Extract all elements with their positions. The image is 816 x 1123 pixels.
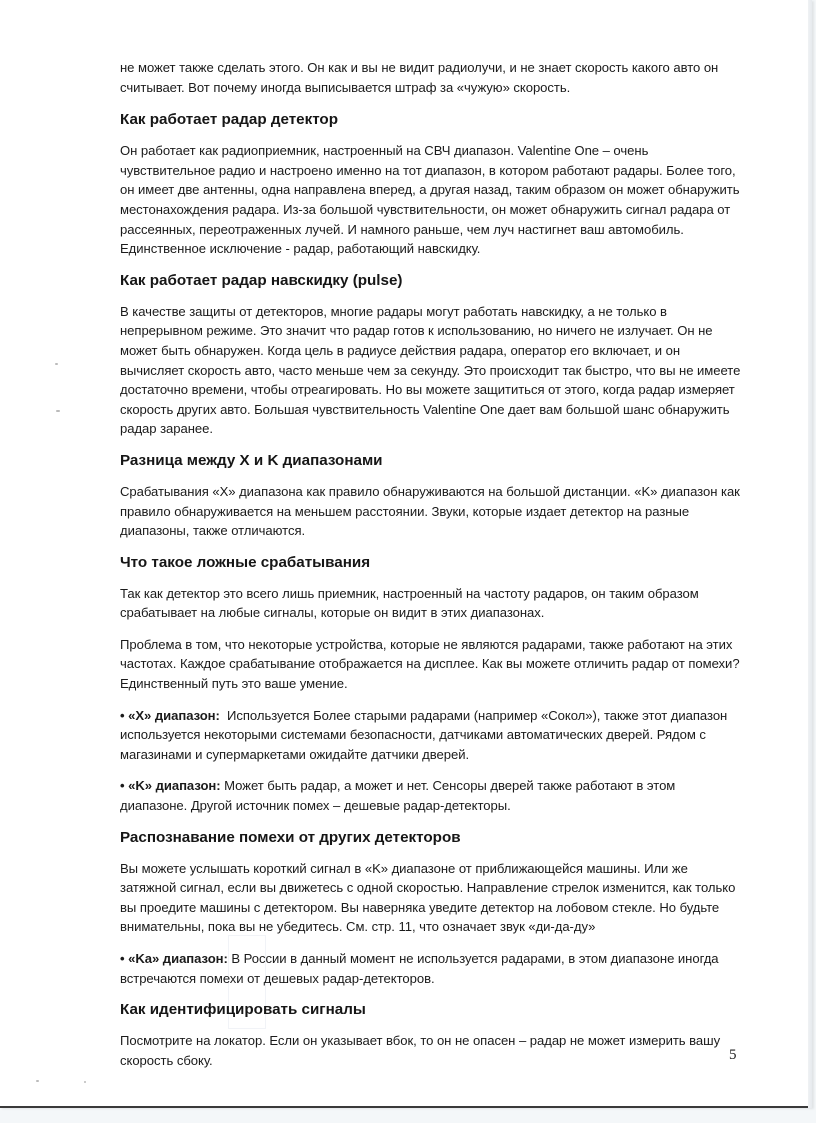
bullet-label: • «X» диапазон: (120, 708, 220, 723)
bullet-label: • «Ka» диапазон: (120, 951, 228, 966)
section-paragraph: Он работает как радиоприемник, настроенн… (120, 141, 745, 259)
section-heading-how-detector-works: Как работает радар детектор (120, 110, 745, 130)
intro-paragraph: не может также сделать этого. Он как и в… (120, 58, 745, 97)
section-heading-x-k-difference: Разница между X и K диапазонами (120, 451, 745, 471)
section-paragraph: Вы можете услышать короткий сигнал в «K»… (120, 859, 745, 937)
section-heading-identify-signals: Как идентифицировать сигналы (120, 1000, 745, 1020)
bullet-label: • «K» диапазон: (120, 778, 221, 793)
section-heading-pulse-radar: Как работает радар навскидку (pulse) (120, 271, 745, 291)
scanned-page: не может также сделать этого. Он как и в… (0, 0, 812, 1108)
scan-speck (56, 410, 60, 412)
bullet-x-band: • «X» диапазон: Используется Более стары… (120, 706, 745, 765)
section-paragraph: Срабатывания «X» диапазона как правило о… (120, 482, 745, 541)
bullet-k-band: • «K» диапазон: Может быть радар, а може… (120, 776, 745, 815)
scan-speck (36, 1080, 39, 1082)
section-paragraph: Проблема в том, что некоторые устройства… (120, 635, 745, 694)
section-paragraph: Посмотрите на локатор. Если он указывает… (120, 1031, 745, 1070)
section-heading-other-detectors: Распознавание помехи от других детекторо… (120, 828, 745, 848)
page-content: не может также сделать этого. Он как и в… (120, 58, 745, 1082)
section-paragraph: В качестве защиты от детекторов, многие … (120, 302, 745, 439)
scan-speck (84, 1081, 86, 1083)
section-heading-false-alerts: Что такое ложные срабатывания (120, 553, 745, 573)
page-number: 5 (729, 1047, 737, 1064)
section-paragraph: Так как детектор это всего лишь приемник… (120, 584, 745, 623)
bullet-ka-band: • «Ka» диапазон: В России в данный момен… (120, 949, 745, 988)
page-edge-shadow (808, 0, 812, 1108)
scan-speck (55, 363, 58, 365)
